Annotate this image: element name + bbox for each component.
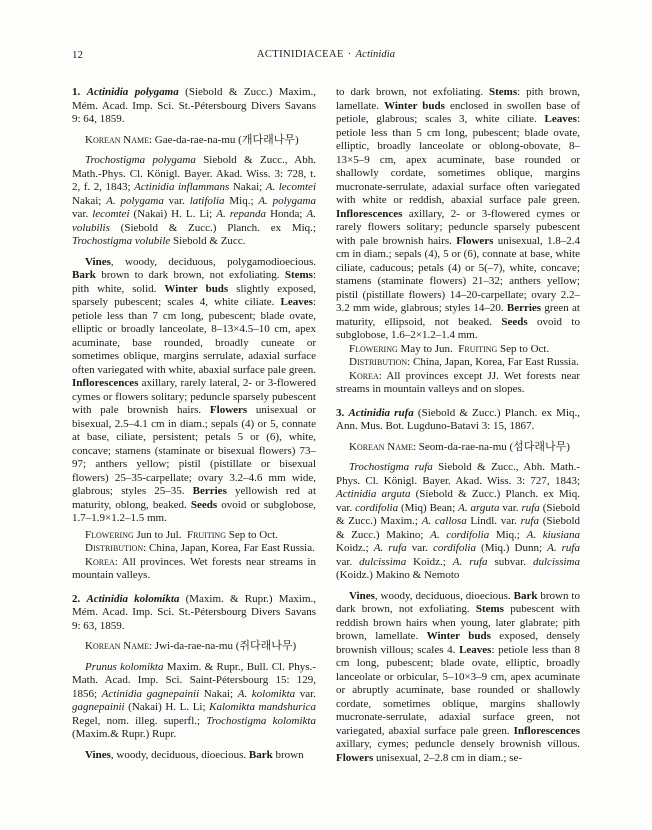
text-columns: 1. Actinidia polygama (Siebold & Zucc.) … xyxy=(72,86,580,765)
species-2-description-start: Vines, woody, deciduous, dioecious. Bark… xyxy=(72,749,316,763)
running-head-family: ACTINIDIACEAE xyxy=(257,49,344,60)
species-1-phenology: Flowering Jun to Jul. Fruiting Sep to Oc… xyxy=(72,529,316,543)
species-1-synonymy: Trochostigma polygama Siebold & Zucc., A… xyxy=(72,154,316,249)
species-1-distribution: Distribution: China, Japan, Korea, Far E… xyxy=(72,542,316,556)
species-1-description: Vines, woody, deciduous, polygamodioecio… xyxy=(72,256,316,526)
species-3-korean-name: Korean Name: Seom-da-rae-na-mu (섬다래나무) xyxy=(336,441,580,455)
species-1-korea: Korea: All provinces. Wet forests near s… xyxy=(72,556,316,583)
species-1-heading: 1. Actinidia polygama (Siebold & Zucc.) … xyxy=(72,86,316,127)
species-1-korean-name: Korean Name: Gae-da-rae-na-mu (개다래나무) xyxy=(72,134,316,148)
species-2-distribution: Distribution: China, Japan, Korea, Far E… xyxy=(336,356,580,370)
running-head: ACTINIDIACEAE·Actinidia xyxy=(72,48,580,62)
species-2-description-continued: to dark brown, not exfoliating. Stems: p… xyxy=(336,86,580,343)
species-2-synonymy: Prunus kolomikta Maxim. & Rupr., Bull. C… xyxy=(72,661,316,742)
right-column: to dark brown, not exfoliating. Stems: p… xyxy=(336,86,580,765)
running-head-genus: Actinidia xyxy=(356,49,395,60)
running-head-separator: · xyxy=(348,49,352,60)
species-2-korea: Korea: All provinces except JJ. Wet fore… xyxy=(336,370,580,397)
species-2-phenology: Flowering May to Jun. Fruiting Sep to Oc… xyxy=(336,343,580,357)
species-3-description: Vines, woody, deciduous, dioecious. Bark… xyxy=(336,590,580,766)
species-3-heading: 3. Actinidia rufa (Siebold & Zucc.) Plan… xyxy=(336,407,580,434)
species-2-heading: 2. Actinidia kolomikta (Maxim. & Rupr.) … xyxy=(72,593,316,634)
page-header: 12 ACTINIDIACEAE·Actinidia xyxy=(72,48,580,64)
document-page: 12 ACTINIDIACEAE·Actinidia 1. Actinidia … xyxy=(0,0,652,830)
species-2-korean-name: Korean Name: Jwi-da-rae-na-mu (쥐다래나무) xyxy=(72,640,316,654)
left-column: 1. Actinidia polygama (Siebold & Zucc.) … xyxy=(72,86,316,765)
species-3-synonymy: Trochostigma rufa Siebold & Zucc., Abh. … xyxy=(336,461,580,583)
